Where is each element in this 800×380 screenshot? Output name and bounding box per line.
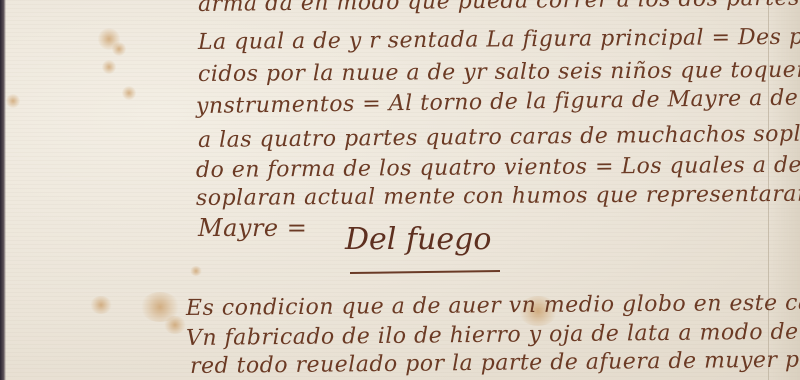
manuscript-line: La qual a de y r sentada La figura princ… — [198, 24, 800, 55]
manuscript-line: Es condicion que a de auer vn medio glob… — [186, 290, 800, 321]
foxing-stain — [122, 86, 136, 100]
manuscript-line: arma da en modo que pueda correr a los d… — [198, 0, 800, 17]
manuscript-line: Mayre = — [198, 214, 307, 242]
manuscript-line: Vn fabricado de ilo de hierro y oja de l… — [186, 320, 799, 351]
heading-underline — [350, 270, 500, 274]
manuscript-line: a las quatro partes quatro caras de much… — [198, 121, 800, 153]
manuscript-line: ynstrumentos = Al torno de la figura de … — [196, 85, 800, 119]
page-binding-shadow — [0, 0, 6, 380]
foxing-stain — [164, 316, 186, 334]
foxing-stain — [112, 42, 126, 56]
section-heading: Del fuego — [345, 222, 491, 257]
manuscript-page: arma da en modo que pueda correr a los d… — [0, 0, 800, 380]
manuscript-line: cidos por la nuue a de yr salto seis niñ… — [198, 58, 800, 87]
manuscript-line: soplaran actual mente con humos que repr… — [196, 182, 800, 211]
foxing-stain — [90, 296, 112, 314]
foxing-stain — [6, 94, 20, 108]
manuscript-line: red todo reuelado por la parte de afuera… — [190, 347, 800, 379]
foxing-stain — [102, 60, 116, 74]
foxing-stain — [190, 266, 202, 276]
manuscript-line: do en forma de los quatro vientos = Los … — [196, 153, 800, 183]
